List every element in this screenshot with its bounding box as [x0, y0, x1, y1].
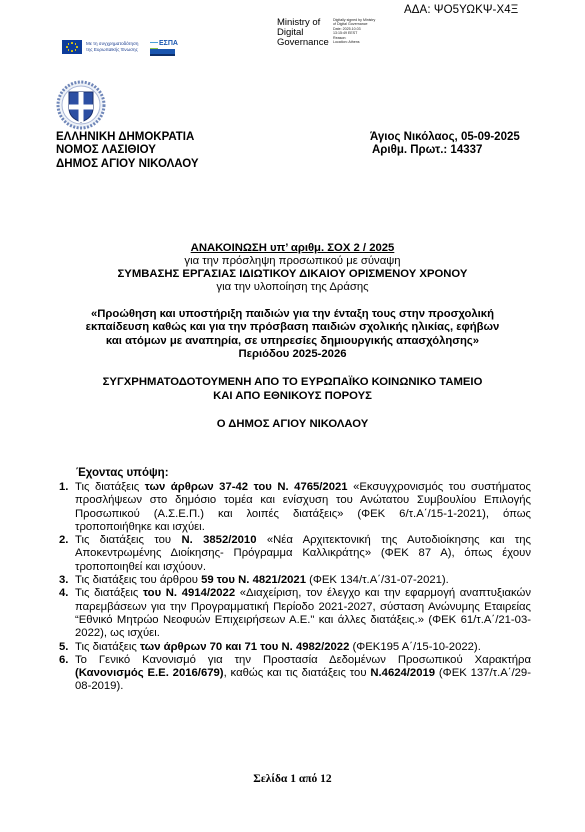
eu-flag-icon: [62, 40, 82, 54]
announcement-subtitle: για την πρόσληψη προσωπικού με σύναψη: [0, 255, 585, 268]
issuer-block: ΕΛΛΗΝΙΚΗ ΔΗΜΟΚΡΑΤΙΑ ΝΟΜΟΣ ΛΑΣΙΘΙΟΥ ΔΗΜΟΣ…: [56, 131, 199, 171]
espa-logo-icon: ΕΣΠΑ: [150, 40, 175, 56]
espa-label: ΕΣΠΑ: [159, 40, 178, 47]
list-item-number: 1.: [59, 481, 75, 534]
program-title-line: «Προώθηση και υποστήριξη παιδιών για την…: [0, 308, 585, 321]
issuer-line: ΕΛΛΗΝΙΚΗ ΔΗΜΟΚΡΑΤΙΑ: [56, 131, 199, 144]
contract-type: ΣΥΜΒΑΣΗΣ ΕΡΓΑΣΙΑΣ ΙΔΙΩΤΙΚΟΥ ΔΙΚΑΙΟΥ ΟΡΙΣ…: [0, 268, 585, 281]
signature-line: Location: Athens: [333, 40, 375, 44]
issuer-line: ΝΟΜΟΣ ΛΑΣΙΘΙΟΥ: [56, 144, 199, 157]
digital-signature-details: Digitally signed by Ministry of Digital …: [333, 18, 375, 44]
list-item-number: 2.: [59, 534, 75, 574]
program-period: Περιόδου 2025-2026: [0, 348, 585, 361]
place-date: Άγιος Νικόλαος, 05-09-2025: [370, 131, 520, 144]
cofinancing-statement: ΣΥΓΧΡΗΜΑΤΟΔΟΤΟΥΜΕΝΗ ΑΠΟ ΤΟ ΕΥΡΩΠΑΪΚΟ ΚΟΙ…: [0, 376, 585, 403]
list-item-number: 5.: [59, 641, 75, 654]
list-item-number: 3.: [59, 574, 75, 587]
list-item-text: Τις διατάξεις του άρθρου 59 του Ν. 4821/…: [75, 574, 531, 587]
ministry-line: Governance: [277, 38, 329, 48]
list-item-text: Τις διατάξεις του Ν. 3852/2010 «Νέα Αρχι…: [75, 534, 531, 574]
list-item: 6.Το Γενικό Κανονισμό για την Προστασία …: [59, 654, 531, 694]
list-item-text: Τις διατάξεις του Ν. 4914/2022 «Διαχείρι…: [75, 587, 531, 640]
action-label: για την υλοποίηση της Δράσης: [0, 281, 585, 294]
cofinancing-line: ΣΥΓΧΡΗΜΑΤΟΔΟΤΟΥΜΕΝΗ ΑΠΟ ΤΟ ΕΥΡΩΠΑΪΚΟ ΚΟΙ…: [0, 376, 585, 390]
list-item: 4.Τις διατάξεις του Ν. 4914/2022 «Διαχεί…: [59, 587, 531, 640]
list-item: 1.Τις διατάξεις των άρθρων 37-42 του Ν. …: [59, 481, 531, 534]
issuing-authority: Ο ΔΗΜΟΣ ΑΓΙΟΥ ΝΙΚΟΛΑΟΥ: [0, 418, 585, 431]
announcement-number: ΑΝΑΚΟΙΝΩΣΗ υπ’ αριθμ. ΣΟΧ 2 / 2025: [191, 242, 395, 254]
issuer-line: ΔΗΜΟΣ ΑΓΙΟΥ ΝΙΚΟΛΑΟΥ: [56, 158, 199, 171]
program-title-line: και ατόμων με αναπηρία, σε υπηρεσίες δημ…: [0, 335, 585, 348]
document-meta: Άγιος Νικόλαος, 05-09-2025 Αριθμ. Πρωτ.:…: [370, 131, 520, 158]
list-item-text: Το Γενικό Κανονισμό για την Προστασία Δε…: [75, 654, 531, 694]
digital-signature-issuer: Ministry of Digital Governance: [277, 18, 329, 48]
list-item-text: Τις διατάξεις των άρθρων 70 και 71 του Ν…: [75, 641, 531, 654]
program-title: «Προώθηση και υποστήριξη παιδιών για την…: [0, 308, 585, 361]
greek-coat-of-arms-icon: [56, 80, 106, 130]
ada-code: ΑΔΑ: ΨΟ5ΥΩΚΨ-Χ4Ξ: [404, 4, 518, 16]
list-item-text: Τις διατάξεις των άρθρων 37-42 του Ν. 47…: [75, 481, 531, 534]
considering-list: 1.Τις διατάξεις των άρθρων 37-42 του Ν. …: [59, 481, 531, 694]
eu-cofunding-text: Με τη συγχρηματοδότηση της Ευρωπαϊκής Έν…: [86, 41, 138, 53]
list-item: 3.Τις διατάξεις του άρθρου 59 του Ν. 482…: [59, 574, 531, 587]
list-item: 2.Τις διατάξεις του Ν. 3852/2010 «Νέα Αρ…: [59, 534, 531, 574]
eu-text-line: της Ευρωπαϊκής Ένωσης: [86, 47, 138, 53]
protocol-number: Αριθμ. Πρωτ.: 14337: [370, 144, 520, 157]
program-title-line: εκπαίδευση καθώς και για την πρόσβαση πα…: [0, 321, 585, 334]
list-item: 5.Τις διατάξεις των άρθρων 70 και 71 του…: [59, 641, 531, 654]
cofinancing-line: ΚΑΙ ΑΠΟ ΕΘΝΙΚΟΥΣ ΠΟΡΟΥΣ: [0, 390, 585, 404]
announcement-title: ΑΝΑΚΟΙΝΩΣΗ υπ’ αριθμ. ΣΟΧ 2 / 2025: [0, 242, 585, 255]
list-item-number: 6.: [59, 654, 75, 694]
considering-heading: Έχοντας υπόψη:: [76, 467, 169, 479]
page-number: Σελίδα 1 από 12: [0, 773, 585, 785]
list-item-number: 4.: [59, 587, 75, 640]
